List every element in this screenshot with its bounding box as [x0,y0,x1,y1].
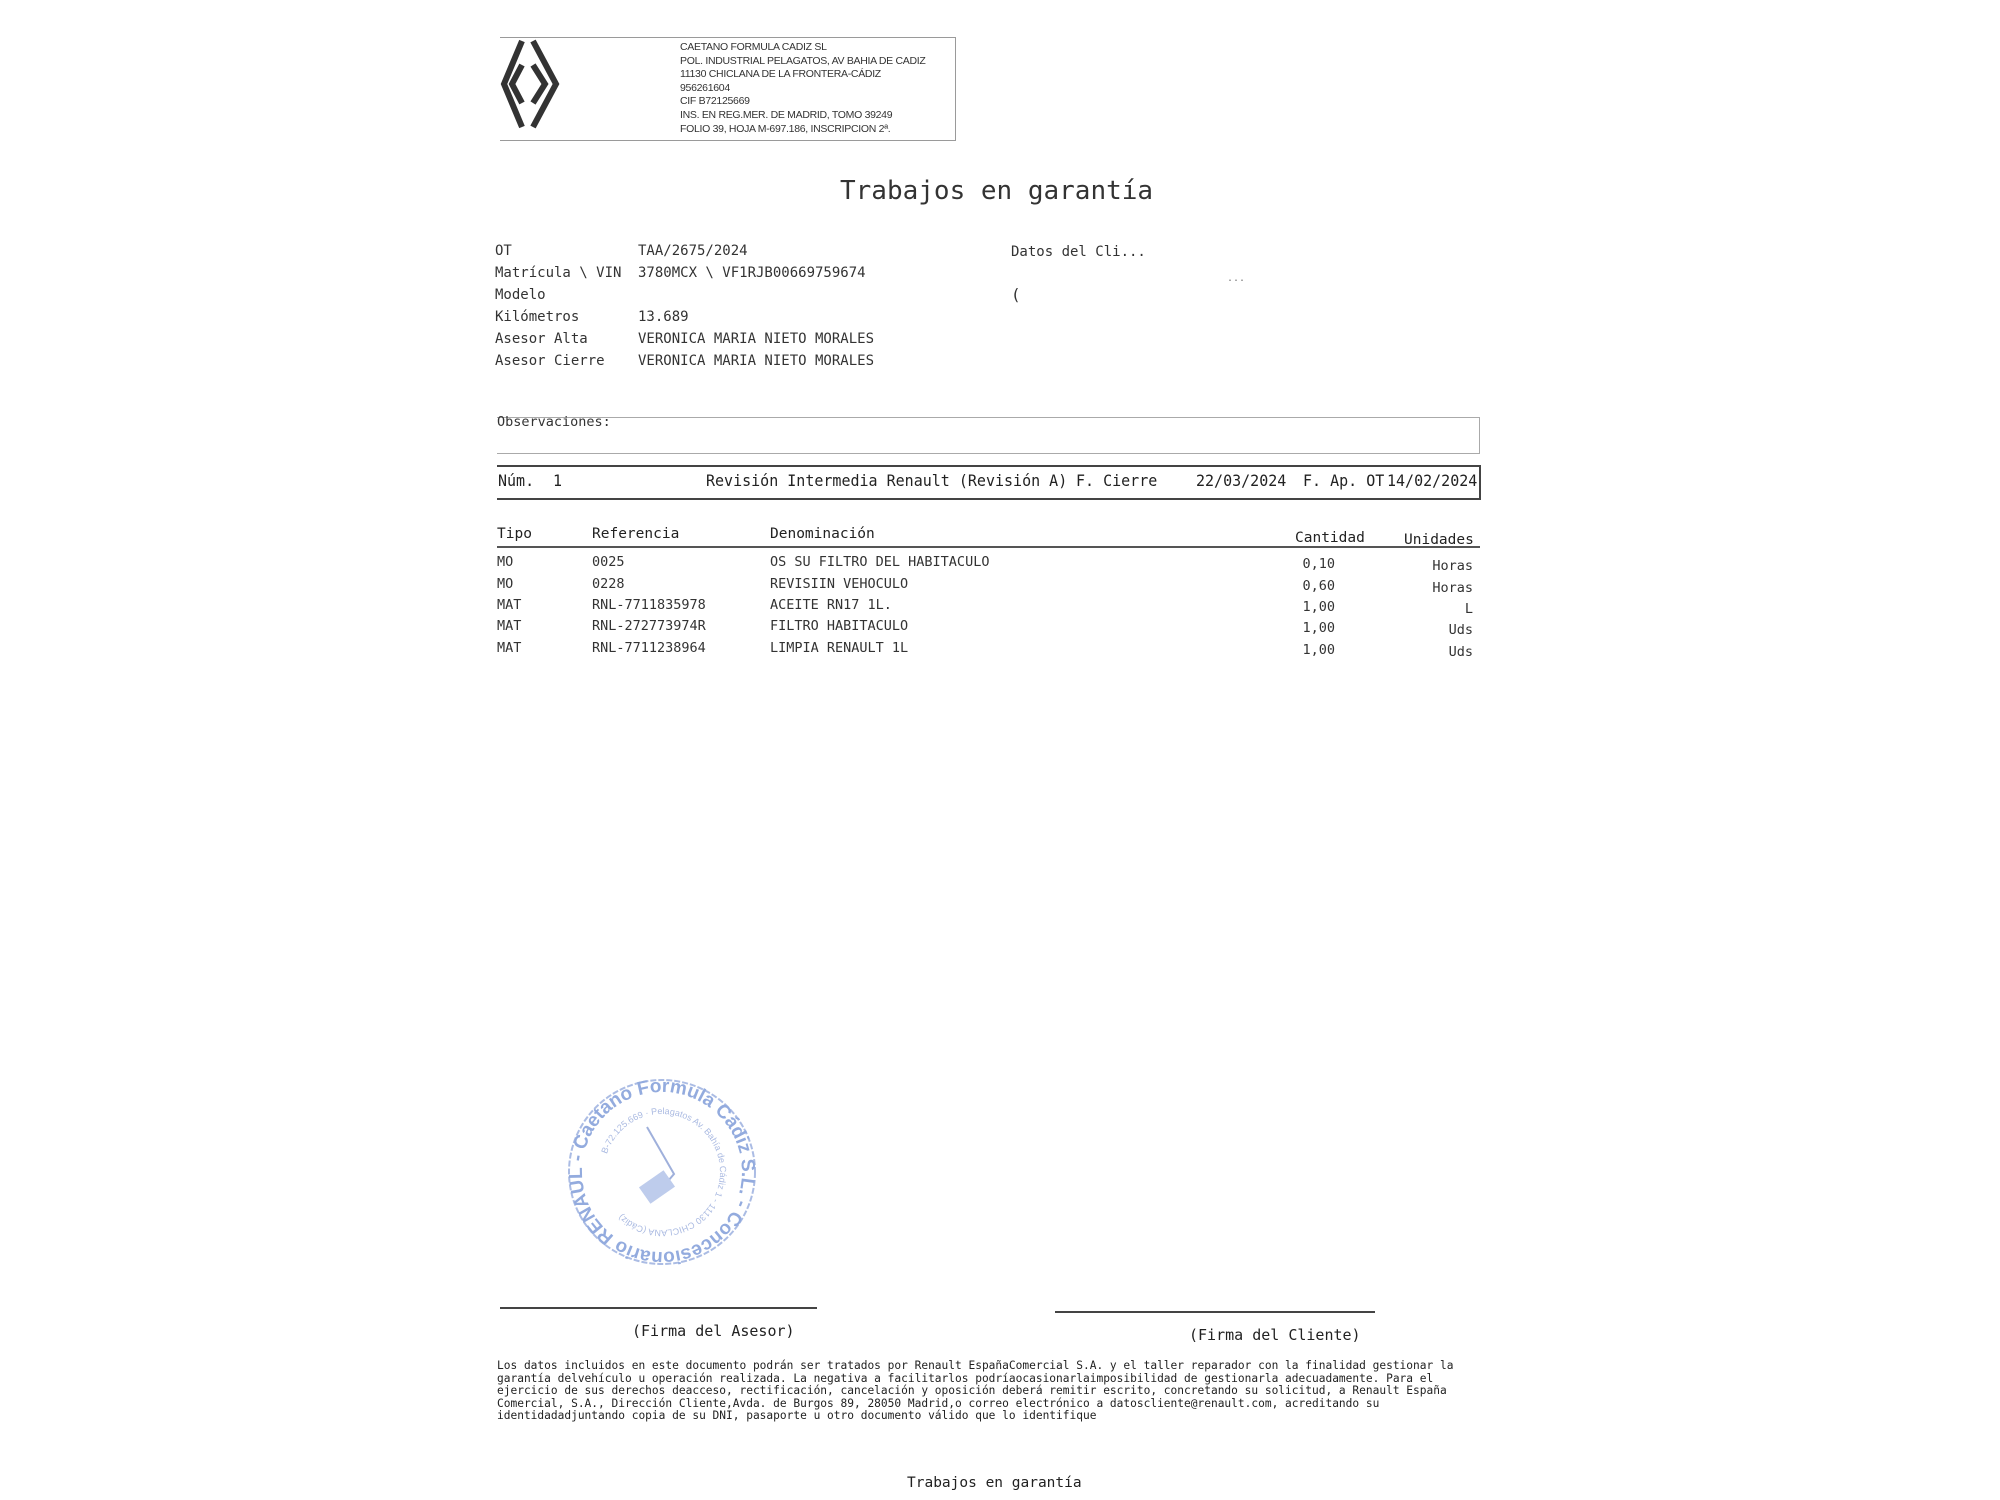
table-header-rule [497,546,1480,548]
cell-referencia: RNL-7711238964 [592,640,706,656]
info-value-asesor-alta: VERONICA MARIA NIETO MORALES [638,331,874,347]
cell-cantidad: 0,60 [1255,578,1335,594]
col-header-referencia: Referencia [592,526,679,542]
job-num: 1 [553,472,562,491]
col-header-cantidad: Cantidad [1295,530,1365,546]
cell-denominacion: OS SU FILTRO DEL HABITACULO [770,554,989,570]
info-label-asesor-alta: Asesor Alta [495,331,588,347]
job-num-label: Núm. [498,472,534,491]
info-label-ot: OT [495,243,512,259]
client-data-label: Datos del Cli... [1011,244,1146,260]
cell-denominacion: LIMPIA RENAULT 1L [770,640,908,656]
info-value-kilometros: 13.689 [638,309,689,325]
company-line: CAETANO FORMULA CADIZ SL [680,41,926,55]
footer-title: Trabajos en garantía [907,1475,1082,1491]
cell-tipo: MO [497,576,513,592]
info-label-matricula-vin: Matrícula \ VIN [495,265,621,281]
company-line: CIF B72125669 [680,95,926,109]
cell-unidades: Uds [1393,644,1473,660]
signature-line-cliente [1055,1311,1375,1313]
company-line: 956261604 [680,82,926,96]
company-line: 11130 CHICLANA DE LA FRONTERA-CÁDIZ [680,68,926,82]
info-value-matricula-vin: 3780MCX \ VF1RJB00669759674 [638,265,866,281]
company-line: FOLIO 39, HOJA M-697.186, INSCRIPCION 2ª… [680,123,926,137]
info-value-ot: TAA/2675/2024 [638,243,748,259]
observations-label: Observaciones: [497,414,611,430]
cell-tipo: MAT [497,597,521,613]
col-header-denominacion: Denominación [770,526,875,542]
cell-cantidad: 1,00 [1255,599,1335,615]
info-value-asesor-cierre: VERONICA MARIA NIETO MORALES [638,353,874,369]
client-data-paren: ( [1011,285,1021,304]
cell-referencia: RNL-7711835978 [592,597,706,613]
cell-unidades: Horas [1393,580,1473,596]
signature-label-cliente: (Firma del Cliente) [1189,1326,1361,1344]
company-line: POL. INDUSTRIAL PELAGATOS, AV BAHIA DE C… [680,55,926,69]
observations-box [497,417,1480,454]
job-description: Revisión Intermedia Renault (Revisión A) [706,472,1067,491]
company-line: INS. EN REG.MER. DE MADRID, TOMO 39249 [680,109,926,123]
info-label-kilometros: Kilómetros [495,309,579,325]
cell-denominacion: ACEITE RN17 1L. [770,597,892,613]
document-title: Trabajos en garantía [840,176,1153,206]
job-cierre-label: F. Cierre [1076,472,1157,491]
company-address: CAETANO FORMULA CADIZ SL POL. INDUSTRIAL… [680,41,926,136]
job-apertura-date: 14/02/2024 [1387,472,1477,491]
cell-referencia: RNL-272773974R [592,618,706,634]
cell-tipo: MAT [497,640,521,656]
cell-unidades: L [1393,601,1473,617]
signature-label-asesor: (Firma del Asesor) [632,1322,795,1340]
info-label-modelo: Modelo [495,287,546,303]
cell-tipo: MO [497,554,513,570]
dealer-stamp-icon: - Caetano Formula Cádiz S.L. - Concesion… [562,1072,762,1267]
cell-cantidad: 0,10 [1255,556,1335,572]
cell-denominacion: REVISIIN VEHOCULO [770,576,908,592]
renault-logo-icon [500,37,562,132]
signature-line-asesor [500,1307,817,1309]
cell-unidades: Horas [1393,558,1473,574]
cell-referencia: 0228 [592,576,625,592]
info-label-asesor-cierre: Asesor Cierre [495,353,605,369]
job-cierre-date: 22/03/2024 [1196,472,1286,491]
cell-cantidad: 1,00 [1255,620,1335,636]
cell-tipo: MAT [497,618,521,634]
col-header-tipo: Tipo [497,526,532,542]
cell-referencia: 0025 [592,554,625,570]
cell-cantidad: 1,00 [1255,642,1335,658]
cell-unidades: Uds [1393,622,1473,638]
cell-denominacion: FILTRO HABITACULO [770,618,908,634]
job-apertura-label: F. Ap. OT [1303,472,1384,491]
client-data-fragment: ... [1227,273,1245,284]
privacy-notice: Los datos incluidos en este documento po… [497,1360,1453,1423]
